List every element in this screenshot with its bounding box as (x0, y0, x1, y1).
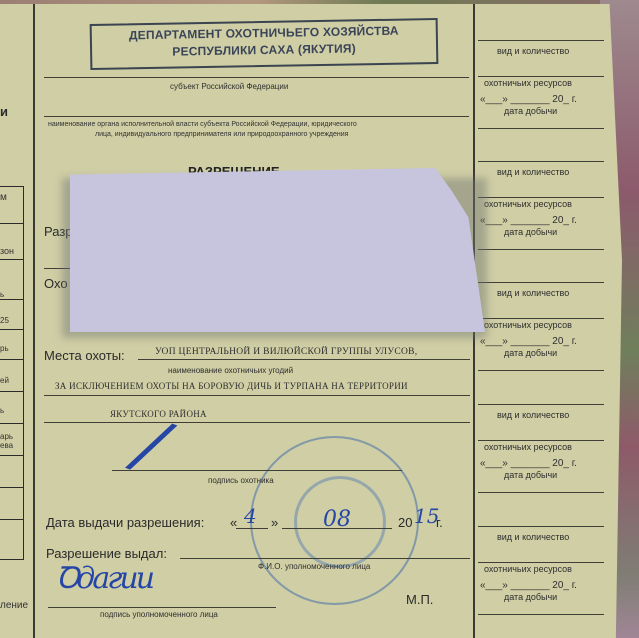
left-cell: арь (0, 432, 13, 441)
org-caption-1: наименование органа исполнительной власт… (48, 121, 357, 128)
left-cell: ь (0, 290, 4, 299)
year-unit: г. (436, 515, 443, 530)
hunting-places-line (138, 359, 470, 360)
fio-line (180, 558, 470, 559)
department-stamp: ДЕПАРТАМЕНТ ОХОТНИЧЬЕГО ХОЗЯЙСТВА РЕСПУБ… (90, 18, 439, 70)
subject-caption: субъект Российской Федерации (170, 82, 288, 91)
fio-caption: Ф.И.О. уполномоченного лица (258, 562, 370, 571)
org-caption-2: лица, индивидуального предпринимателя ил… (95, 131, 348, 138)
subject-line (44, 77, 469, 78)
hunting-places-caption: наименование охотничьих угодий (168, 366, 293, 375)
left-cell: 25 (0, 316, 9, 325)
harvest-date-blank: «___» _______ 20_ г. (480, 580, 577, 591)
harvest-resources-caption: охотничьих ресурсов (484, 564, 572, 574)
hunting-places-label: Места охоты: (44, 348, 125, 363)
quote-close: » (271, 515, 278, 530)
harvest-date-caption: дата добычи (504, 470, 557, 480)
org-line (44, 116, 469, 117)
left-cell: ей (0, 376, 9, 385)
harvest-kind-caption: вид и количество (497, 46, 569, 56)
harvest-date-blank: «___» _______ 20_ г. (480, 336, 577, 347)
harvest-date-caption: дата добычи (504, 348, 557, 358)
redaction-paper (70, 168, 485, 332)
harvest-date-caption: дата добычи (504, 592, 557, 602)
left-edge-text: и (0, 104, 8, 119)
harvest-kind-caption: вид и количество (497, 532, 569, 542)
harvest-date-blank: «___» _______ 20_ г. (480, 458, 577, 469)
left-cell: ь (0, 406, 4, 415)
left-cell: зон (0, 246, 14, 256)
official-signature-line (48, 607, 276, 608)
hunting-places-value-1: УОП ЦЕНТРАЛЬНОЙ И ВИЛЮЙСКОЙ ГРУППЫ УЛУСО… (155, 347, 417, 357)
harvest-date-blank: «___» _______ 20_ г. (480, 94, 577, 105)
harvest-date-caption: дата добычи (504, 106, 557, 116)
issue-date-label: Дата выдачи разрешения: (46, 515, 204, 530)
harvest-date-caption: дата добычи (504, 227, 557, 237)
harvest-date-blank: «___» _______ 20_ г. (480, 215, 577, 226)
official-signature-caption: подпись уполномоченного лица (100, 610, 218, 619)
harvest-resources-caption: охотничьих ресурсов (484, 78, 572, 88)
left-table (0, 186, 24, 560)
harvest-kind-caption: вид и количество (497, 167, 569, 177)
left-cell: рь (0, 344, 9, 353)
year-prefix: 20 (398, 515, 412, 530)
harvest-kind-caption: вид и количество (497, 288, 569, 298)
mp-label: М.П. (406, 592, 433, 607)
left-margin-line (33, 4, 35, 638)
left-cell: ева (0, 441, 13, 450)
harvest-resources-caption: охотничьих ресурсов (484, 320, 572, 330)
stamp-line-2: РЕСПУБЛИКИ САХА (ЯКУТИЯ) (92, 40, 436, 60)
official-signature: Ꝺдагии (56, 556, 152, 597)
harvest-kind-caption: вид и количество (497, 410, 569, 420)
harvest-resources-caption: охотничьих ресурсов (484, 199, 572, 209)
hunting-places-value-2: ЗА ИСКЛЮЧЕНИЕМ ОХОТЫ НА БОРОВУЮ ДИЧЬ И Т… (55, 381, 408, 391)
harvest-resources-caption: охотничьих ресурсов (484, 442, 572, 452)
left-cell: м (0, 192, 7, 203)
hunter-signature-caption: подпись охотника (208, 476, 274, 485)
issue-day: 4 (244, 504, 257, 528)
left-bottom-text: ление (0, 600, 28, 611)
